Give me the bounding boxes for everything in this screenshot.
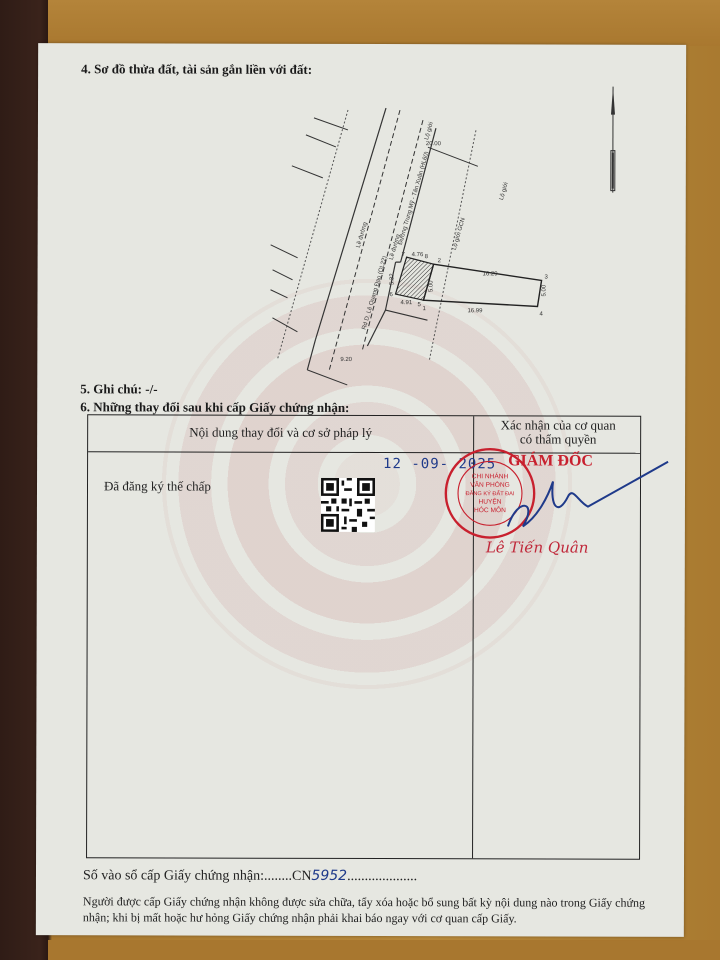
desk-surface	[48, 0, 720, 46]
registry-label: Số vào sổ cấp Giấy chứng nhận:	[83, 868, 264, 883]
svg-text:8: 8	[425, 254, 429, 260]
dots: ........	[264, 869, 292, 884]
registry-prefix: CN	[292, 869, 311, 884]
legal-notice: Người được cấp Giấy chứng nhận không đượ…	[83, 893, 663, 927]
signature-icon	[478, 456, 678, 547]
svg-text:5.32: 5.32	[390, 273, 396, 285]
svg-text:9.20: 9.20	[340, 357, 352, 363]
desk-surface-bottom	[48, 940, 720, 960]
dots: ....................	[347, 869, 417, 884]
svg-text:16.99: 16.99	[467, 308, 483, 314]
certificate-page: 4. Sơ đồ thửa đất, tài sản gắn liền với …	[36, 43, 686, 937]
header-line-2: có thẩm quyền	[474, 432, 642, 446]
section-4-title: 4. Sơ đồ thửa đất, tài sản gắn liền với …	[81, 61, 312, 78]
svg-text:Lề đường: Lề đường	[356, 222, 369, 249]
land-plot-diagram: 1 2 3 4 5 6 7 8 4.76 16.29 16.99 4.91 9.…	[267, 100, 628, 421]
svg-text:5.00: 5.00	[542, 284, 548, 296]
svg-text:3: 3	[545, 274, 549, 280]
section-5-title: 5. Ghi chú: -/-	[80, 381, 157, 397]
svg-text:2: 2	[438, 258, 442, 264]
changes-table: Nội dung thay đổi và cơ sở pháp lý Xác n…	[86, 414, 641, 859]
svg-text:5.00: 5.00	[429, 280, 435, 292]
column-header-content: Nội dung thay đổi và cơ sở pháp lý	[88, 424, 473, 441]
svg-text:4: 4	[539, 311, 543, 317]
registry-number: 5952	[311, 868, 347, 884]
svg-text:Lộ giới: Lộ giới	[499, 182, 510, 201]
svg-text:Lề đường: Lề đường	[389, 234, 402, 261]
column-header-confirmation: Xác nhận của cơ quan có thẩm quyền	[474, 418, 642, 446]
svg-text:4.76: 4.76	[412, 252, 424, 258]
change-entry-content: Đã đăng ký thế chấp	[104, 478, 211, 494]
svg-text:Rd D. Lê Quang Đạo (QL22): Rd D. Lê Quang Đạo (QL22)	[362, 256, 389, 331]
svg-text:6: 6	[390, 292, 394, 298]
svg-text:4.91: 4.91	[400, 300, 412, 306]
svg-text:16.29: 16.29	[483, 271, 499, 277]
registry-number-line: Số vào sổ cấp Giấy chứng nhận:........CN…	[83, 867, 417, 885]
qr-code-icon	[321, 478, 375, 532]
svg-text:Lộ giới GCN: Lộ giới GCN	[452, 217, 467, 251]
signer-name: Lê Tiến Quân	[486, 538, 589, 556]
svg-text:1: 1	[422, 306, 426, 312]
svg-text:7: 7	[402, 252, 406, 258]
svg-text:5: 5	[417, 302, 421, 308]
svg-text:20.00: 20.00	[426, 141, 442, 147]
